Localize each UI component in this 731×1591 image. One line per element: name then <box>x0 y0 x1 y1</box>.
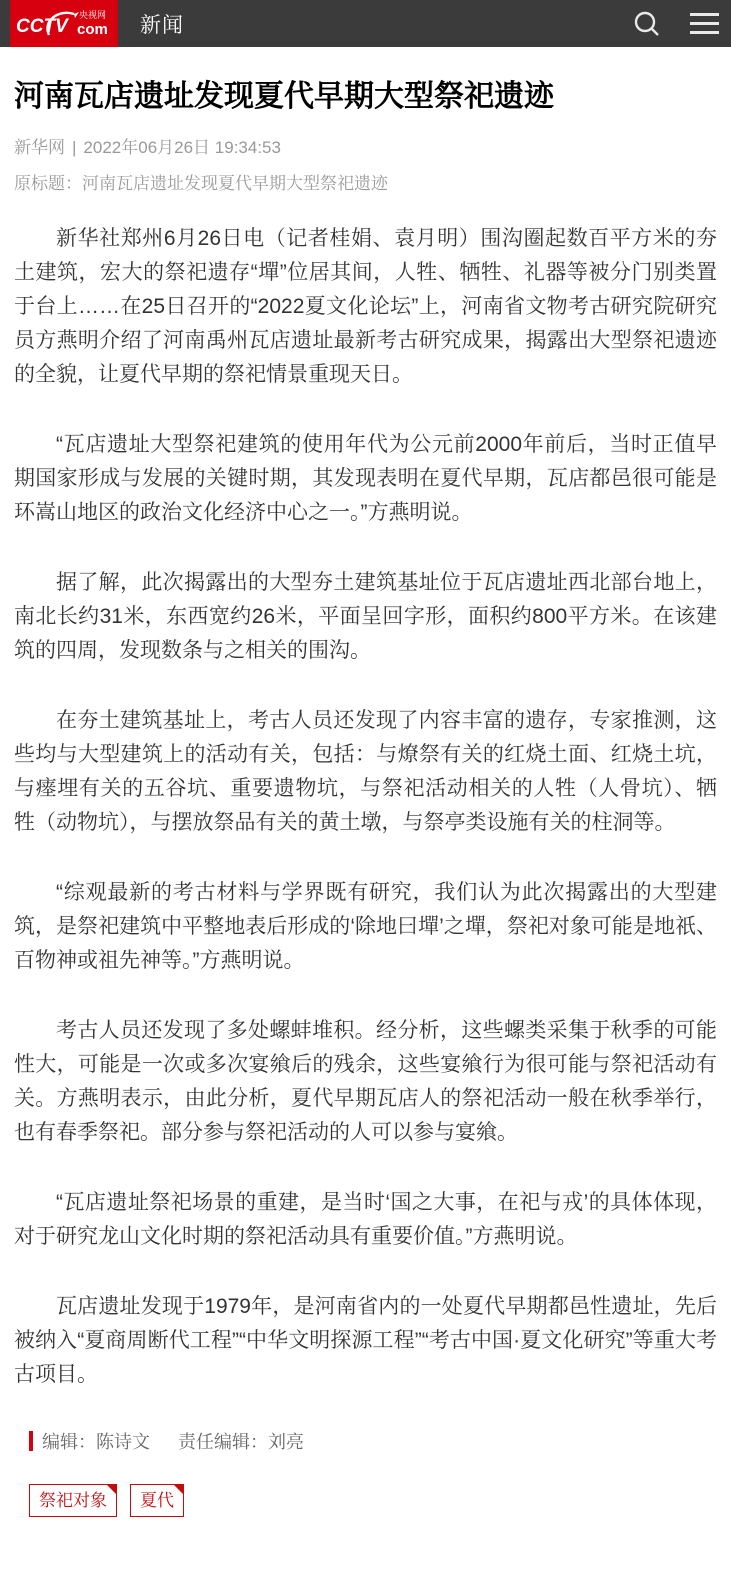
svg-text:央视网: 央视网 <box>79 9 106 20</box>
meta-separator: | <box>72 138 76 157</box>
tag-fold-corner-icon <box>173 1484 184 1495</box>
tag-row: 祭祀对象夏代 <box>29 1484 717 1525</box>
article-paragraph: 瓦店遗址发现于1979年，是河南省内的一处夏代早期都邑性遗址，先后被纳入“夏商周… <box>14 1290 717 1392</box>
article-paragraph: “综观最新的考古材料与学界既有研究，我们认为此次揭露出的大型建筑，是祭祀建筑中平… <box>14 876 717 978</box>
top-header: CCTV 央视网 com 新闻 <box>0 0 731 47</box>
article-datetime: 2022年06月26日 19:34:53 <box>83 138 281 157</box>
article-paragraph: “瓦店遗址大型祭祀建筑的使用年代为公元前2000年前后，当时正值早期国家形成与发… <box>14 428 717 530</box>
editor-name: 编辑：陈诗文 <box>42 1428 150 1454</box>
article-paragraph: 在夯土建筑基址上，考古人员还发现了内容丰富的遗存，专家推测，这些均与大型建筑上的… <box>14 704 717 840</box>
tag-label: 祭祀对象 <box>39 1491 107 1510</box>
article-body: 新华社郑州6月26日电（记者桂娟、袁月明）围沟圈起数百平方米的夯土建筑，宏大的祭… <box>14 222 717 1392</box>
article-paragraph: 新华社郑州6月26日电（记者桂娟、袁月明）围沟圈起数百平方米的夯土建筑，宏大的祭… <box>14 222 717 392</box>
red-bar-icon <box>29 1431 33 1451</box>
original-title: 原标题：河南瓦店遗址发现夏代早期大型祭祀遗迹 <box>14 169 717 194</box>
chief-editor-name: 责任编辑：刘亮 <box>178 1428 304 1454</box>
tag-label: 夏代 <box>140 1491 174 1510</box>
channel-title[interactable]: 新闻 <box>140 9 184 39</box>
page-title: 河南瓦店遗址发现夏代早期大型祭祀遗迹 <box>14 77 717 117</box>
article-source: 新华网 <box>14 138 65 157</box>
tag-fold-corner-icon <box>106 1484 117 1495</box>
article-paragraph: 据了解，此次揭露出的大型夯土建筑基址位于瓦店遗址西北部台地上，南北长约31米，东… <box>14 566 717 668</box>
cctv-logo-icon: CCTV 央视网 com <box>16 4 112 44</box>
article-paragraph: 考古人员还发现了多处螺蚌堆积。经分析，这些螺类采集于秋季的可能性大，可能是一次或… <box>14 1014 717 1150</box>
menu-icon[interactable] <box>690 13 719 34</box>
svg-text:com: com <box>77 21 108 38</box>
tag[interactable]: 夏代 <box>130 1484 184 1517</box>
cctv-logo[interactable]: CCTV 央视网 com <box>10 0 118 47</box>
article-meta: 新华网|2022年06月26日 19:34:53 <box>14 133 717 158</box>
article-container: 河南瓦店遗址发现夏代早期大型祭祀遗迹 新华网|2022年06月26日 19:34… <box>0 77 731 1525</box>
header-actions <box>632 9 731 39</box>
search-icon[interactable] <box>632 9 662 39</box>
editor-row: 编辑：陈诗文 责任编辑：刘亮 <box>29 1428 717 1454</box>
svg-text:CCTV: CCTV <box>16 16 69 37</box>
article-paragraph: “瓦店遗址祭祀场景的重建，是当时‘国之大事，在祀与戎’的具体体现，对于研究龙山文… <box>14 1186 717 1254</box>
tag[interactable]: 祭祀对象 <box>29 1484 117 1517</box>
